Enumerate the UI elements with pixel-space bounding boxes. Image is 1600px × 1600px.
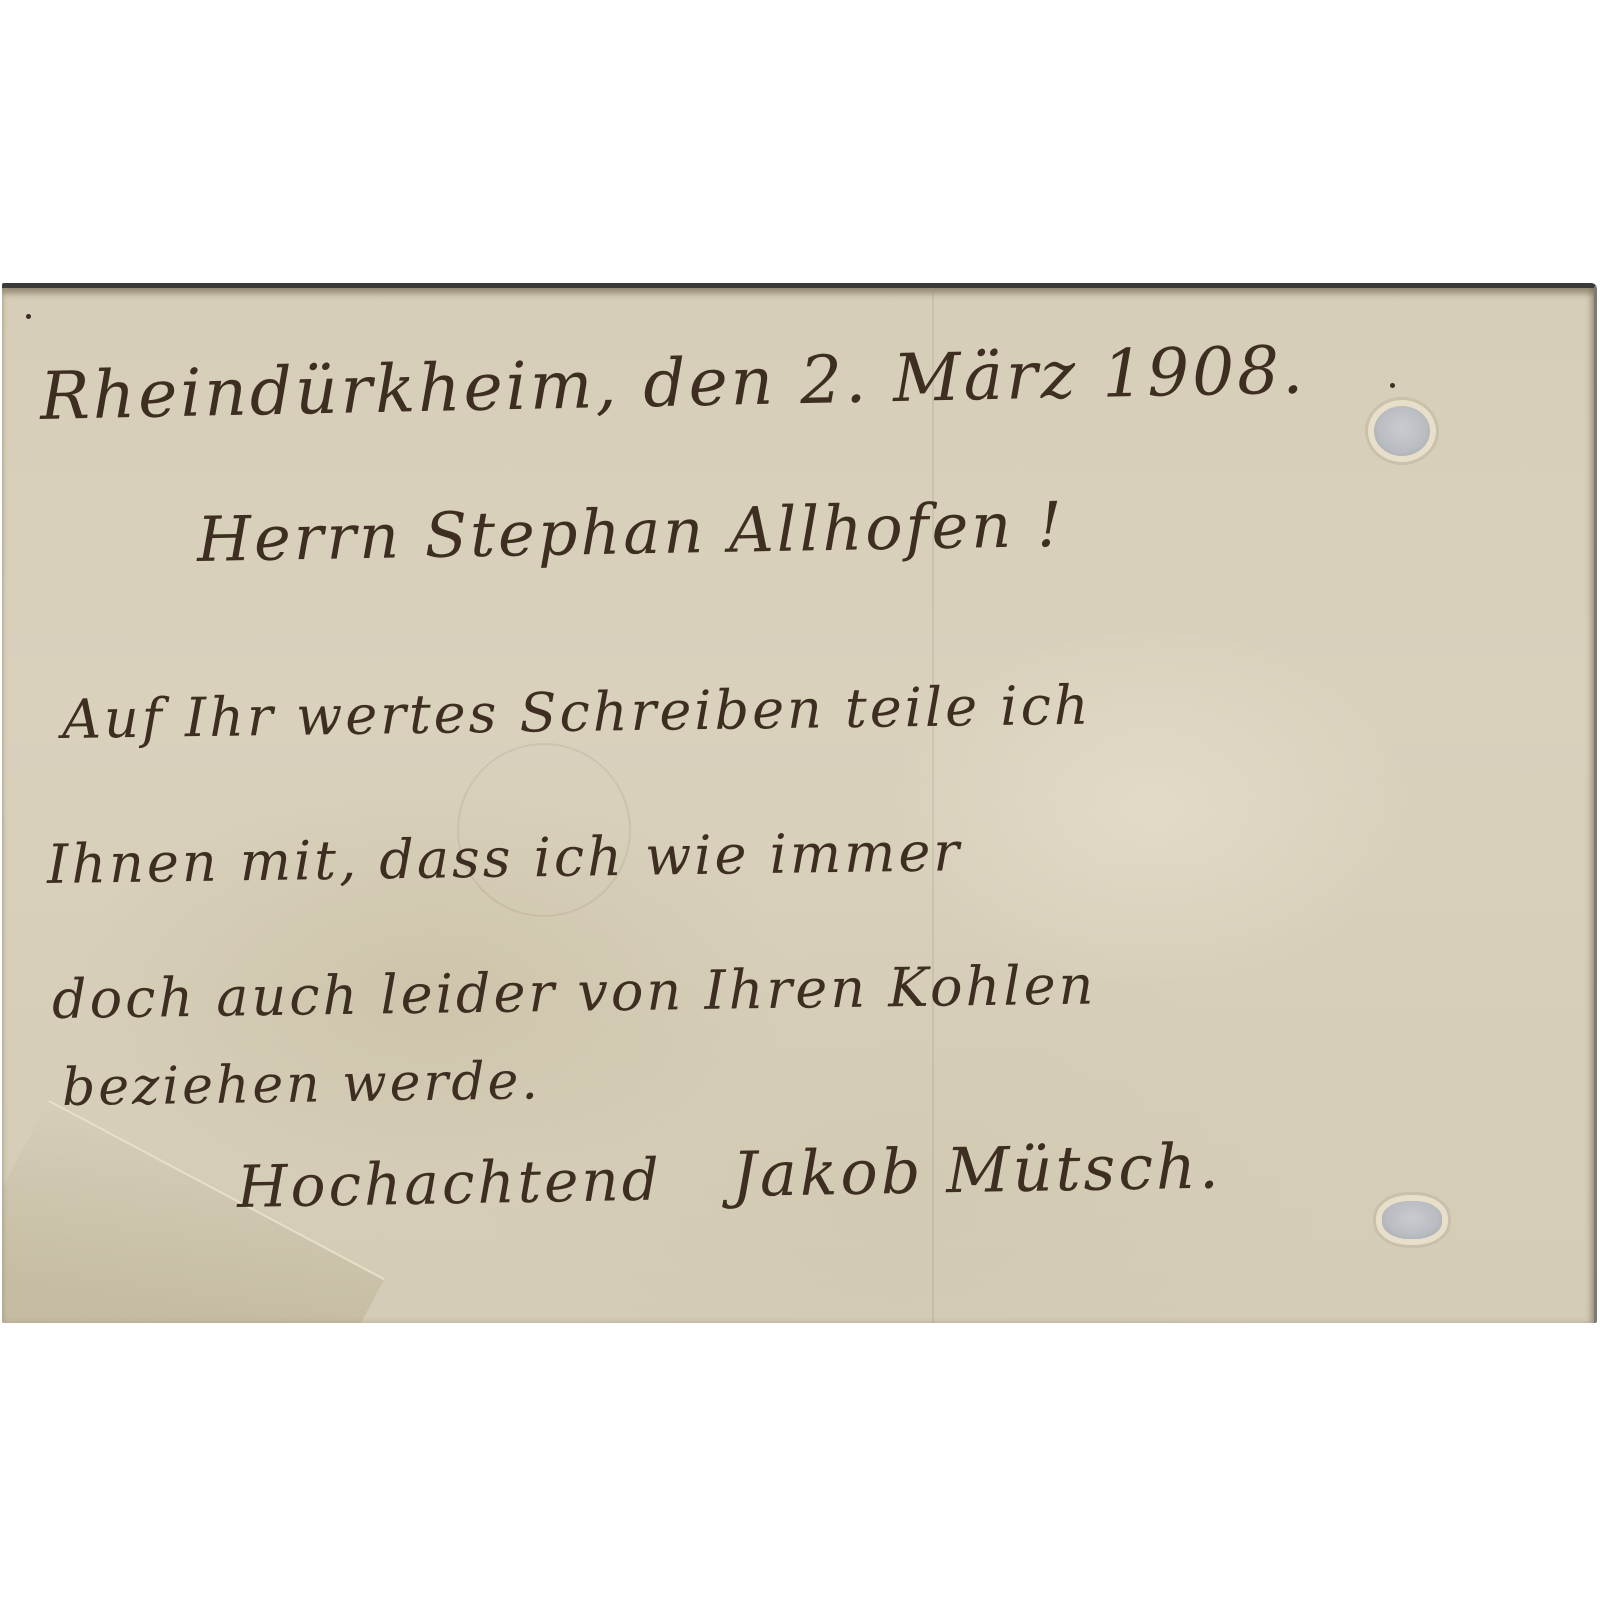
postcard: Rheindürkheim, den 2. März 1908. Herrn S… [2,283,1597,1323]
body-line-3: doch auch leider von Ihren Kohlen [52,953,1097,1031]
ink-speck [1390,383,1395,388]
ink-speck [26,314,31,319]
salutation-line: Herrn Stephan Allhofen ! [196,488,1065,576]
body-line-4: beziehen werde. [62,1051,542,1118]
closing-line: Hochachtend [236,1146,662,1221]
body-line-1: Auf Ihr wertes Schreiben teile ich [62,674,1092,751]
place-and-date-line: Rheindürkheim, den 2. März 1908. [39,331,1307,435]
signature: Jakob Mütsch. [731,1129,1222,1211]
punch-hole-top [1374,406,1430,456]
body-line-2: Ihnen mit, dass ich wie immer [47,820,963,896]
punch-hole-bottom [1382,1201,1442,1239]
scanned-image: Rheindürkheim, den 2. März 1908. Herrn S… [0,0,1600,1600]
